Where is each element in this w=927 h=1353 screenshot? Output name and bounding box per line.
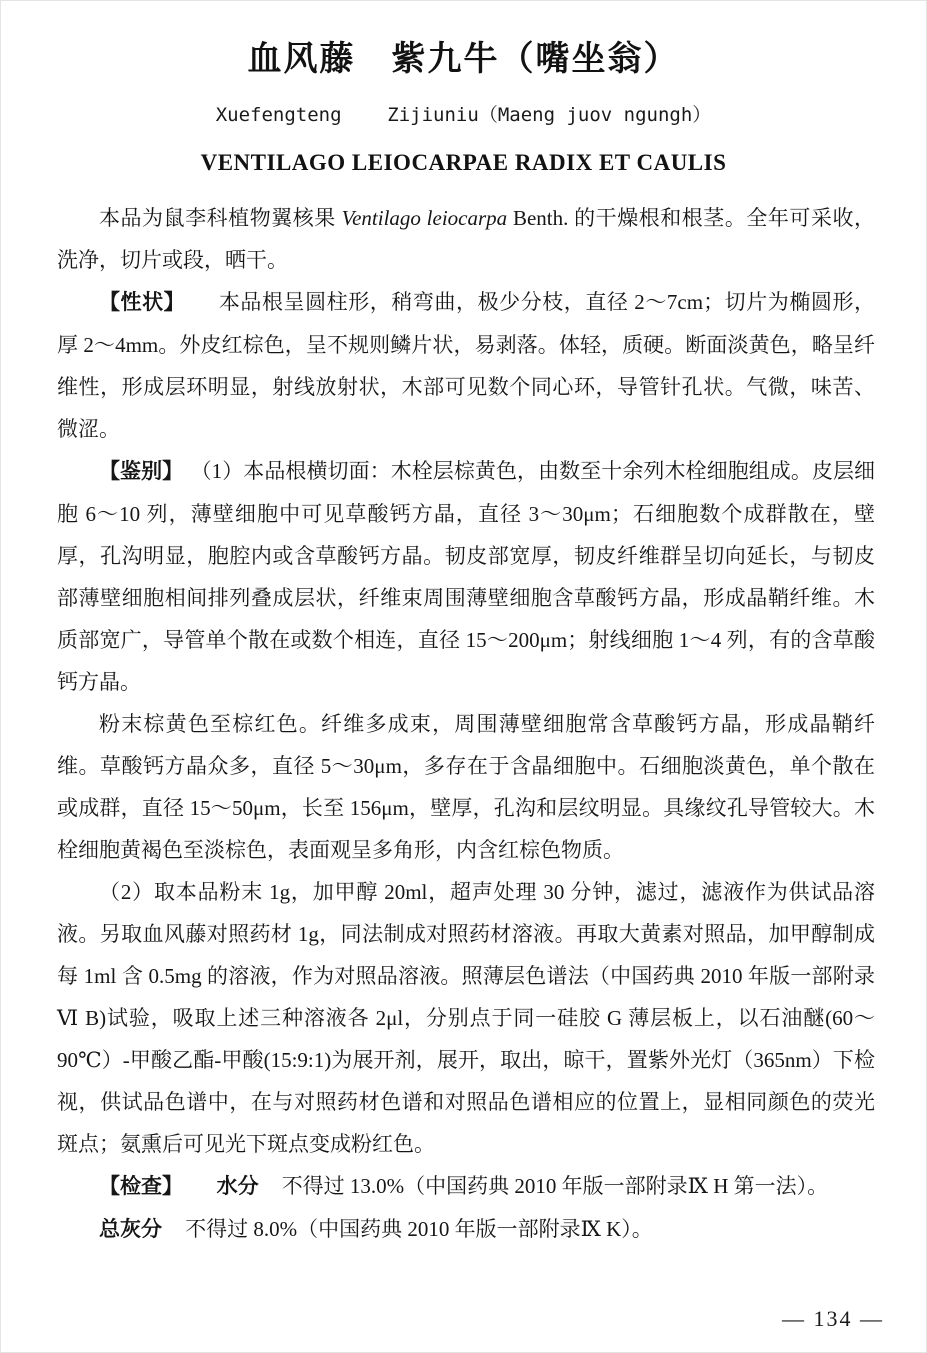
tlc-text: （2）取本品粉末 1g，加甲醇 20ml，超声处理 30 分钟，滤过，滤液作为供…: [57, 880, 875, 1156]
paragraph-identification-section: 【鉴别】（1）本品根横切面：木栓层棕黄色，由数至十余列木栓细胞组成。皮层细胞 6…: [57, 450, 875, 703]
identification-text: （1）本品根横切面：木栓层棕黄色，由数至十余列木栓细胞组成。皮层细胞 6～10 …: [57, 459, 875, 694]
total-ash-text: 不得过 8.0%（中国药典 2010 年版一部附录Ⅸ K）。: [185, 1217, 653, 1241]
section-label-inspection: 【检查】: [99, 1175, 183, 1198]
page-title-pinyin: Xuefengteng Zijiuniu（Maeng juov ngungh）: [1, 103, 926, 127]
item-label-total-ash: 总灰分: [99, 1218, 162, 1241]
document-page: 血风藤 紫九牛（嘴坐翁） Xuefengteng Zijiuniu（Maeng …: [0, 0, 927, 1353]
section-label-properties: 【性状】: [99, 291, 185, 314]
water-content-text: 不得过 13.0%（中国药典 2010 年版一部附录Ⅸ H 第一法）。: [282, 1174, 828, 1198]
origin-latin-binomial: Ventilago leiocarpa: [342, 206, 508, 230]
page-title-latin: VENTILAGO LEIOCARPAE RADIX ET CAULIS: [1, 149, 926, 177]
page-number: — 134 —: [782, 1306, 884, 1332]
paragraph-origin: 本品为鼠李科植物翼核果 Ventilago leiocarpa Benth. 的…: [57, 197, 875, 281]
paragraph-total-ash: 总灰分不得过 8.0%（中国药典 2010 年版一部附录Ⅸ K）。: [57, 1208, 875, 1251]
page-title-chinese: 血风藤 紫九牛（嘴坐翁）: [1, 1, 926, 79]
paragraph-inspection-water: 【检查】水分不得过 13.0%（中国药典 2010 年版一部附录Ⅸ H 第一法）…: [57, 1165, 875, 1208]
paragraph-properties: 【性状】本品根呈圆柱形，稍弯曲，极少分枝，直径 2～7cm；切片为椭圆形，厚 2…: [57, 281, 875, 450]
paragraph-powder-description: 粉末棕黄色至棕红色。纤维多成束，周围薄壁细胞常含草酸钙方晶，形成晶鞘纤维。草酸钙…: [57, 703, 875, 871]
powder-text: 粉末棕黄色至棕红色。纤维多成束，周围薄壁细胞常含草酸钙方晶，形成晶鞘纤维。草酸钙…: [57, 712, 875, 862]
item-label-water-content: 水分: [217, 1175, 259, 1198]
origin-text-pre: 本品为鼠李科植物翼核果: [99, 206, 342, 230]
section-label-identification: 【鉴别】: [99, 460, 183, 483]
document-body: 本品为鼠李科植物翼核果 Ventilago leiocarpa Benth. 的…: [57, 197, 875, 1251]
paragraph-tlc-test: （2）取本品粉末 1g，加甲醇 20ml，超声处理 30 分钟，滤过，滤液作为供…: [57, 871, 875, 1165]
